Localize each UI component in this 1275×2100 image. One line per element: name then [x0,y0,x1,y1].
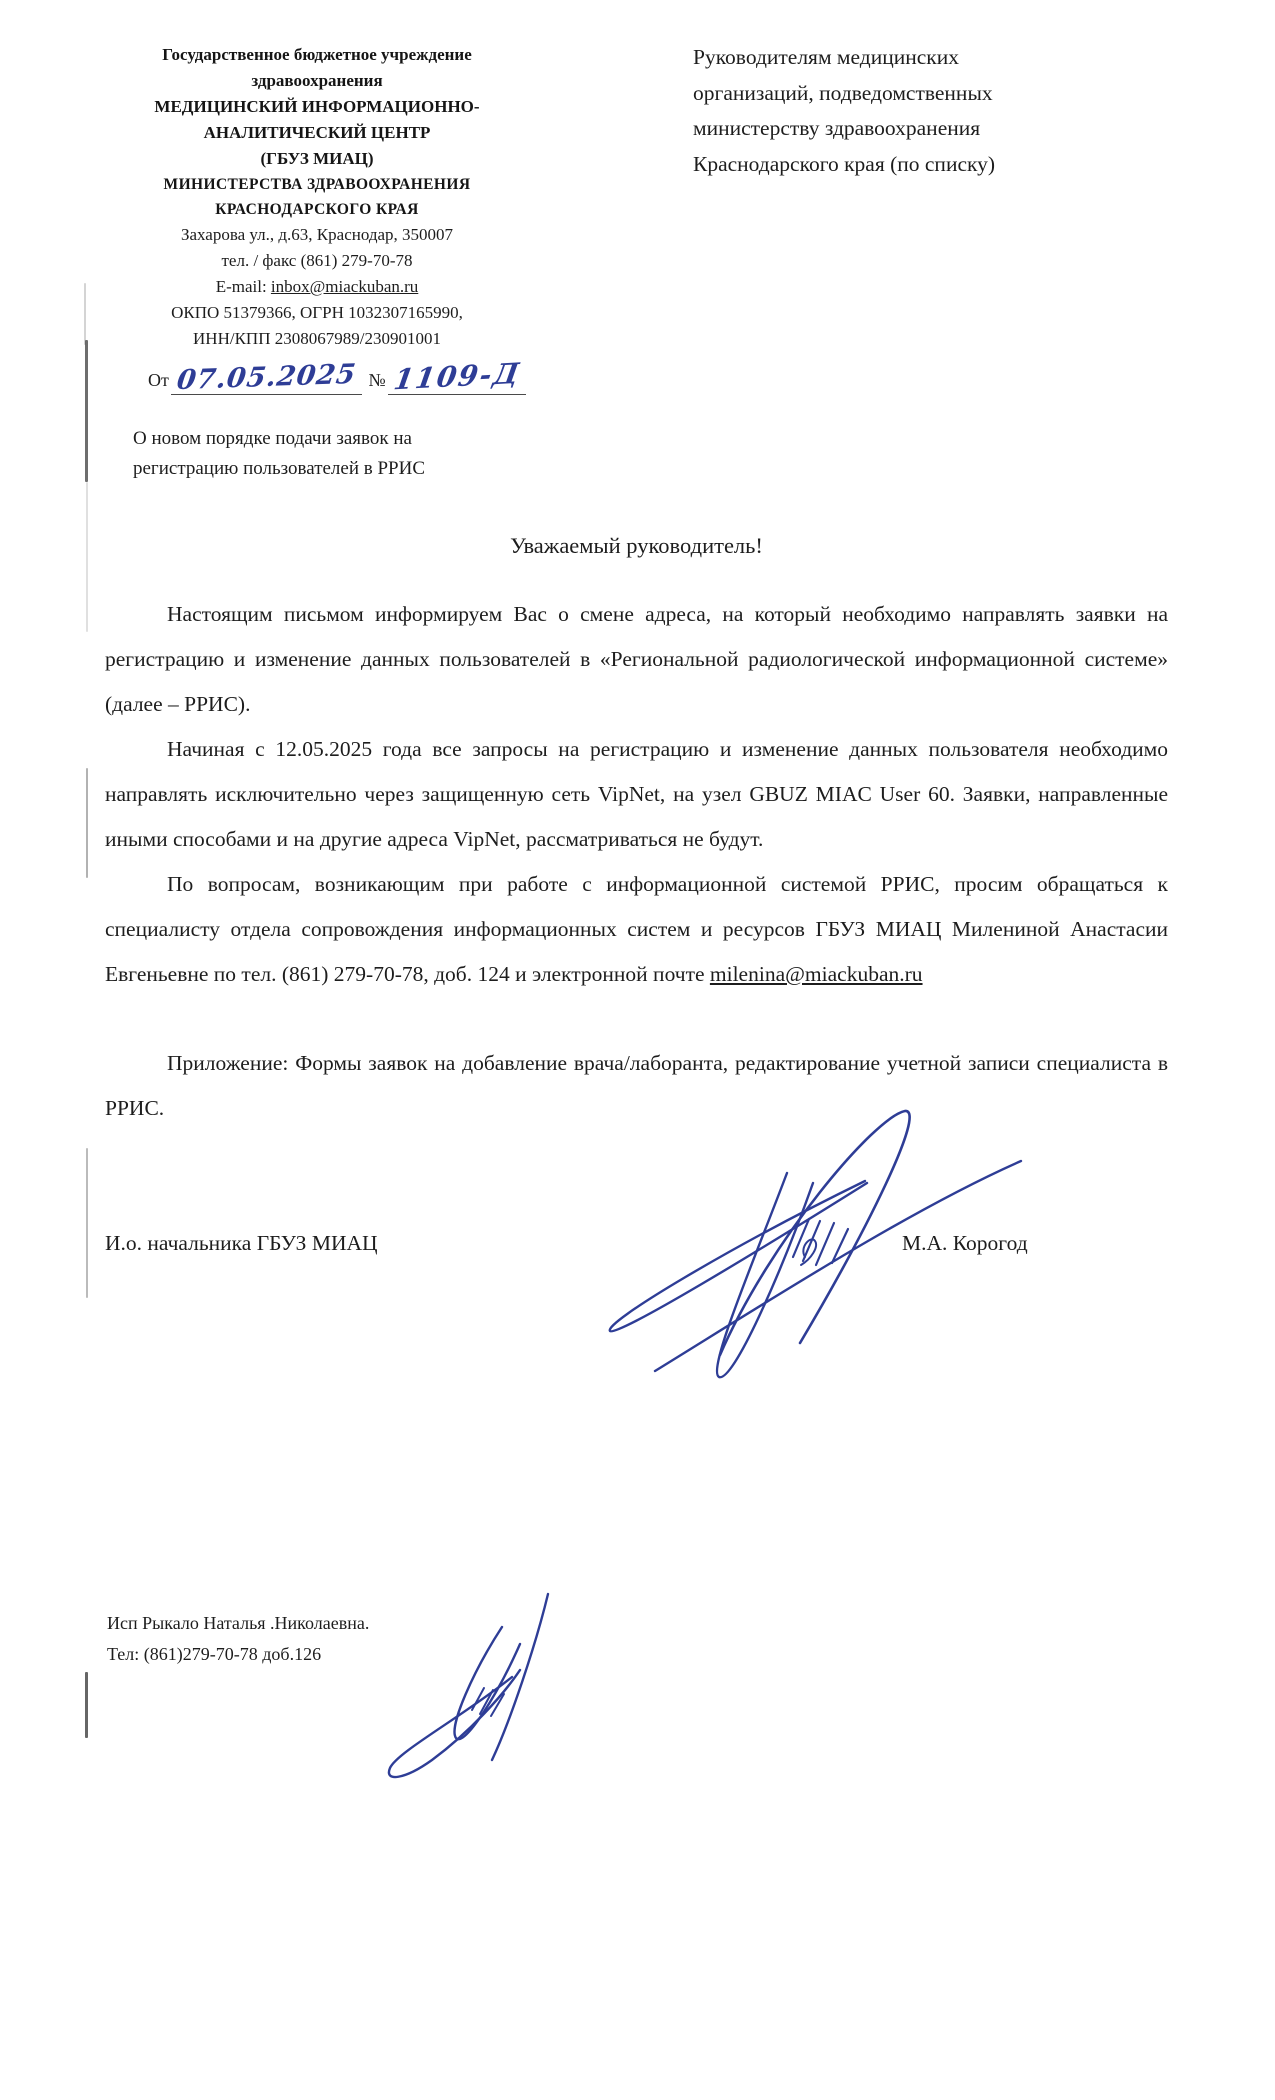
scan-artifact [85,340,88,482]
org-name-line: КРАСНОДАРСКОГО КРАЯ [98,197,536,222]
addressee-line: Краснодарского края (по списку) [693,147,1183,183]
subject-line: О новом порядке подачи заявок на [133,424,563,454]
org-email-line: E-mail: inbox@miackuban.ru [98,274,536,300]
scan-artifact [86,482,88,632]
handwritten-number: 1109-Д [391,357,523,397]
paragraph-vipnet-rule: Начиная с 12.05.2025 года все запросы на… [105,727,1168,862]
addressee-block: Руководителям медицинских организаций, п… [693,40,1183,182]
number-label: № [368,370,385,390]
scan-artifact [86,1148,88,1298]
org-address: Захарова ул., д.63, Краснодар, 350007 [98,222,536,248]
org-email: inbox@miackuban.ru [271,277,418,296]
org-phone: тел. / факс (861) 279-70-78 [98,248,536,274]
executor-signature [352,1582,572,1787]
org-name-line: (ГБУЗ МИАЦ) [98,146,536,172]
paragraph-address-change: Настоящим письмом информируем Вас о смен… [105,592,1168,727]
addressee-line: Руководителям медицинских [693,40,1183,76]
outgoing-number-line: От07.05.2025 №1109-Д [148,360,528,395]
org-name-line: здравоохранения [98,68,536,94]
executor-name: Исп Рыкало Наталья .Николаевна. [107,1608,369,1639]
addressee-line: министерству здравоохранения [693,111,1183,147]
scan-artifact [86,768,88,878]
scan-artifact [85,1672,88,1738]
paragraph-contact: По вопросам, возникающим при работе с ин… [105,862,1168,997]
scanned-letter-page: { "letterhead": { "org_lines": [ "Госуда… [0,0,1275,2100]
org-name-line: МЕДИЦИНСКИЙ ИНФОРМАЦИОННО- [98,94,536,120]
director-signature [555,1055,1025,1385]
executor-block: Исп Рыкало Наталья .Николаевна. Тел: (86… [107,1608,369,1670]
subject-block: О новом порядке подачи заявок на регистр… [133,424,563,484]
subject-line: регистрацию пользователей в РРИС [133,454,563,484]
salutation: Уважаемый руководитель! [105,533,1168,559]
letterhead: Государственное бюджетное учреждение здр… [98,42,536,352]
paragraph-contact-text: По вопросам, возникающим при работе с ин… [105,872,1168,986]
signer-title: И.о. начальника ГБУЗ МИАЦ [105,1231,378,1256]
org-okpo-ogrn: ОКПО 51379366, ОГРН 1032307165990, [98,300,536,326]
executor-phone: Тел: (861)279-70-78 доб.126 [107,1639,369,1670]
scan-artifact [84,283,86,345]
contact-email: milenina@miackuban.ru [710,962,923,986]
org-name-line: МИНИСТЕРСТВА ЗДРАВООХРАНЕНИЯ [98,172,536,197]
handwritten-date: 07.05.2025 [175,359,358,396]
email-label: E-mail: [216,277,271,296]
org-name-line: АНАЛИТИЧЕСКИЙ ЦЕНТР [98,120,536,146]
from-label: От [148,370,169,390]
org-name-line: Государственное бюджетное учреждение [98,42,536,68]
org-inn-kpp: ИНН/КПП 2308067989/230901001 [98,326,536,352]
letter-body: Настоящим письмом информируем Вас о смен… [105,592,1168,1131]
addressee-line: организаций, подведомственных [693,76,1183,112]
